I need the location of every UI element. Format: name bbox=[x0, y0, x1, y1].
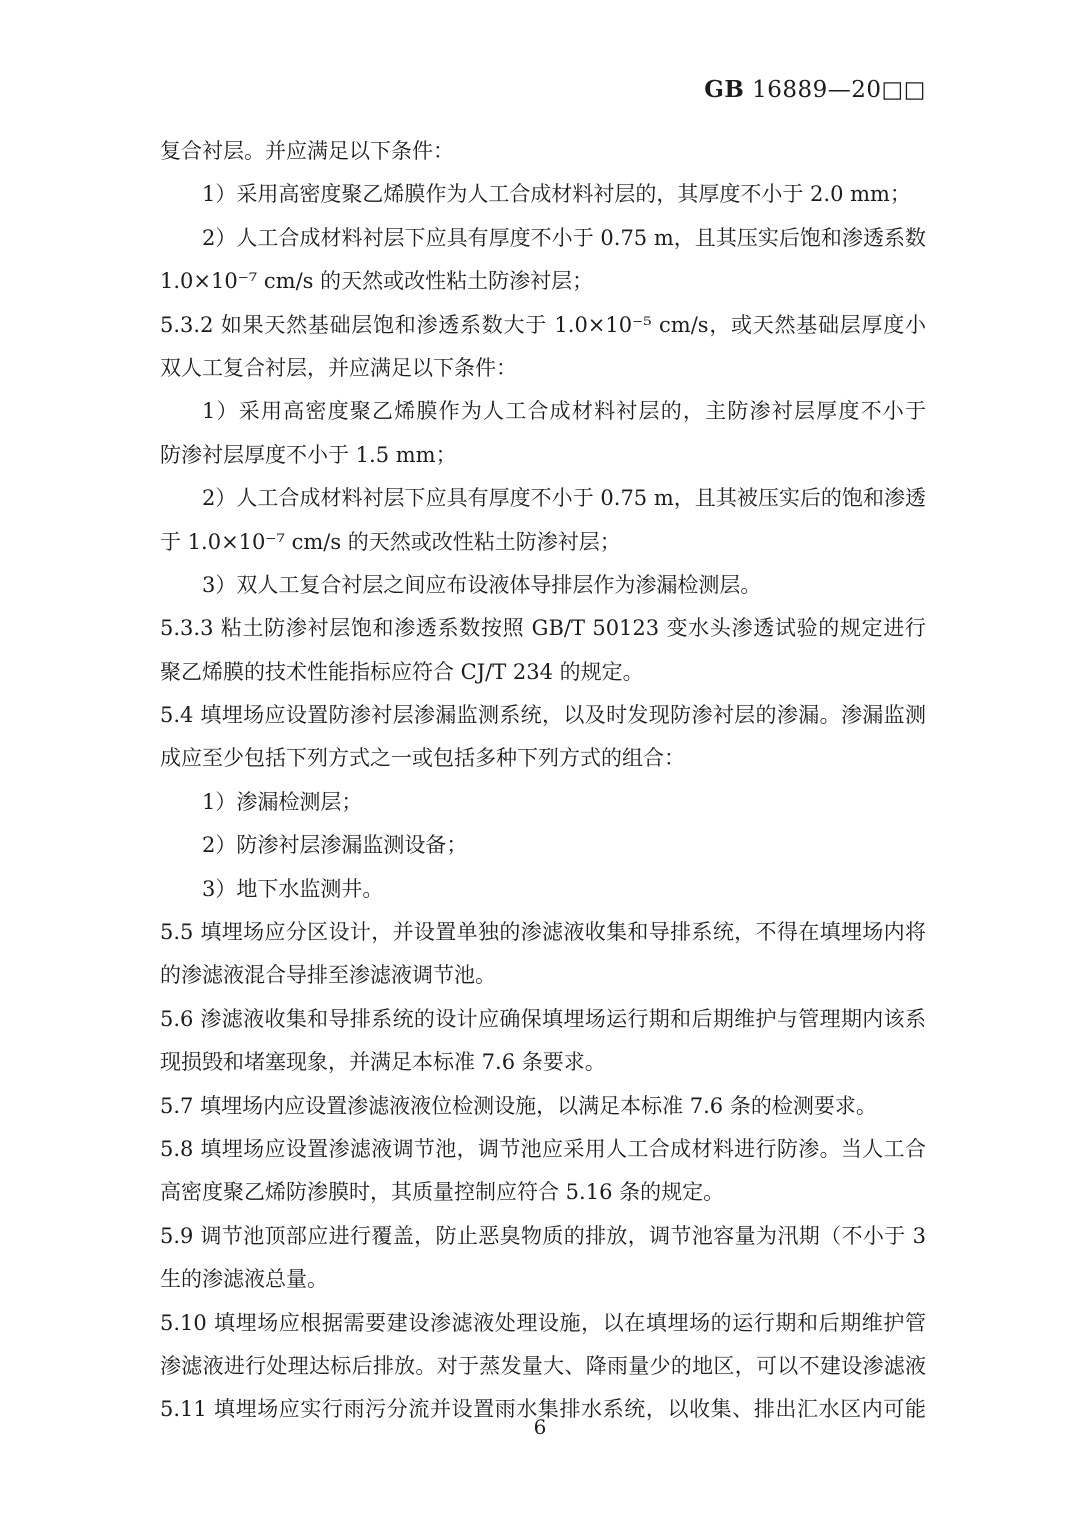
clause-line: 5.8 填埋场应设置渗滤液调节池，调节池应采用人工合成材料进行防渗。当人工合成材… bbox=[160, 1128, 926, 1171]
list-item-line: 3）双人工复合衬层之间应布设液体导排层作为渗漏检测层。 bbox=[160, 564, 926, 607]
clause-line: 5.3.3 粘土防渗衬层饱和渗透系数按照 GB/T 50123 变水头渗透试验的… bbox=[160, 607, 926, 650]
clause-line: 5.4 填埋场应设置防渗衬层渗漏监测系统，以及时发现防渗衬层的渗漏。渗漏监测系统… bbox=[160, 694, 926, 737]
standard-prefix: GB bbox=[704, 76, 744, 103]
list-item-line: 2）人工合成材料衬层下应具有厚度不小于 0.75 m，且其压实后饱和渗透系数不大… bbox=[160, 217, 926, 260]
list-item-line: 1）采用高密度聚乙烯膜作为人工合成材料衬层的，主防渗衬层厚度不小于 2.0 mm… bbox=[160, 390, 926, 433]
document-body: 复合衬层。并应满足以下条件： 1）采用高密度聚乙烯膜作为人工合成材料衬层的，其厚… bbox=[160, 130, 926, 1432]
list-item-line: 3）地下水监测井。 bbox=[160, 868, 926, 911]
clause-line: 5.9 调节池顶部应进行覆盖，防止恶臭物质的排放，调节池容量为汛期（不小于 3 … bbox=[160, 1215, 926, 1258]
page-footer: 6 bbox=[0, 1412, 1080, 1442]
standard-number: 16889—20□□ bbox=[744, 77, 926, 103]
list-item-line: 1）采用高密度聚乙烯膜作为人工合成材料衬层的，其厚度不小于 2.0 mm； bbox=[160, 173, 926, 216]
clause-line: 5.10 填埋场应根据需要建设渗滤液处理设施，以在填埋场的运行期和后期维护管理期… bbox=[160, 1302, 926, 1345]
text-line: 生的渗滤液总量。 bbox=[160, 1258, 926, 1301]
standard-code-header: GB 16889—20□□ bbox=[160, 76, 926, 104]
text-line: 于 1.0×10⁻⁷ cm/s 的天然或改性粘土防渗衬层； bbox=[160, 521, 926, 564]
list-item-line: 1）渗漏检测层； bbox=[160, 781, 926, 824]
list-item-line: 2）防渗衬层渗漏监测设备； bbox=[160, 824, 926, 867]
text-line: 高密度聚乙烯防渗膜时，其质量控制应符合 5.16 条的规定。 bbox=[160, 1171, 926, 1214]
clause-line: 5.3.2 如果天然基础层饱和渗透系数大于 1.0×10⁻⁵ cm/s，或天然基… bbox=[160, 304, 926, 347]
clause-line: 5.5 填埋场应分区设计，并设置单独的渗滤液收集和导排系统，不得在填埋场内将不同… bbox=[160, 911, 926, 954]
text-line: 的渗滤液混合导排至渗滤液调节池。 bbox=[160, 954, 926, 997]
list-item-line: 2）人工合成材料衬层下应具有厚度不小于 0.75 m，且其被压实后的饱和渗透系数… bbox=[160, 477, 926, 520]
document-page: GB 16889—20□□ 复合衬层。并应满足以下条件： 1）采用高密度聚乙烯膜… bbox=[0, 0, 1080, 1527]
text-line: 现损毁和堵塞现象，并满足本标准 7.6 条要求。 bbox=[160, 1041, 926, 1084]
text-line: 成应至少包括下列方式之一或包括多种下列方式的组合： bbox=[160, 737, 926, 780]
text-line: 渗滤液进行处理达标后排放。对于蒸发量大、降雨量少的地区，可以不建设渗滤液处理设施… bbox=[160, 1345, 926, 1388]
page-number: 6 bbox=[534, 1415, 547, 1439]
text-line: 聚乙烯膜的技术性能指标应符合 CJ/T 234 的规定。 bbox=[160, 651, 926, 694]
clause-line: 5.6 渗滤液收集和导排系统的设计应确保填埋场运行期和后期维护与管理期内该系统不… bbox=[160, 998, 926, 1041]
text-line: 双人工复合衬层，并应满足以下条件： bbox=[160, 347, 926, 390]
clause-line: 5.7 填埋场内应设置渗滤液液位检测设施，以满足本标准 7.6 条的检测要求。 bbox=[160, 1085, 926, 1128]
text-line: 1.0×10⁻⁷ cm/s 的天然或改性粘土防渗衬层； bbox=[160, 260, 926, 303]
text-line: 防渗衬层厚度不小于 1.5 mm； bbox=[160, 434, 926, 477]
text-line: 复合衬层。并应满足以下条件： bbox=[160, 130, 926, 173]
